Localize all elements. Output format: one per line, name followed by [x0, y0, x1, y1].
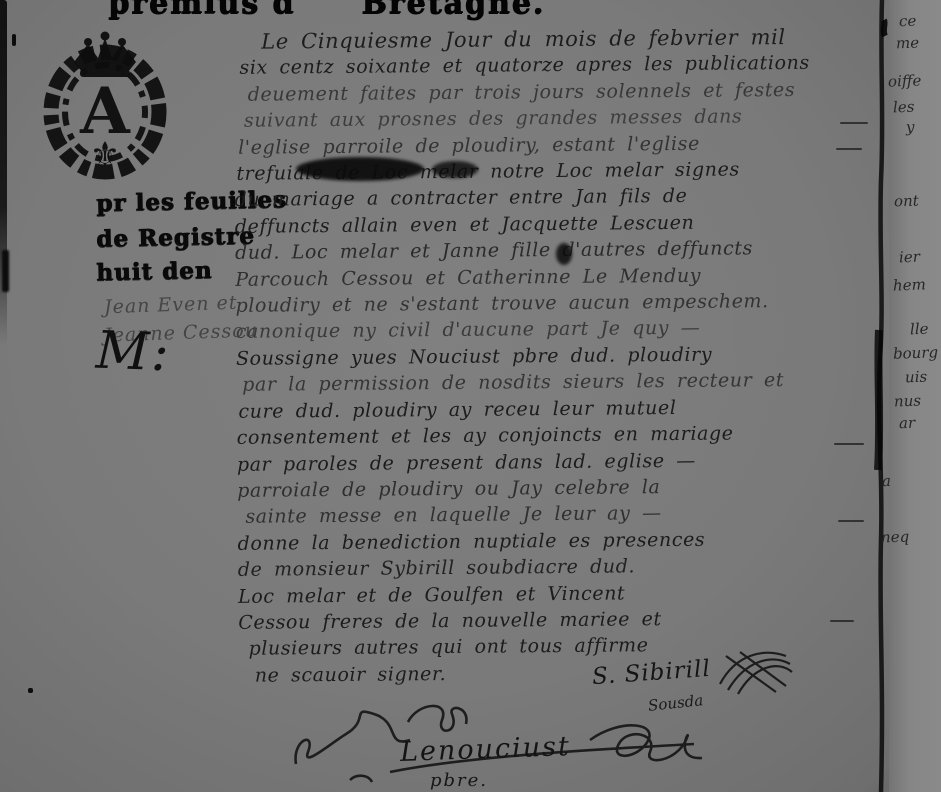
line-end-dash	[838, 520, 864, 522]
printed-header-word: premius d	[108, 0, 295, 21]
binding-fragment: ont	[894, 192, 919, 211]
binding-fragment: ier	[899, 248, 920, 267]
ink-blot	[556, 243, 572, 265]
tax-note-line: de Registre	[96, 222, 255, 252]
binding-fragment: neq	[881, 528, 910, 547]
binding-fragment: hem	[893, 275, 926, 294]
line-end-dash	[840, 122, 868, 124]
margin-names-line: Jean Even et	[104, 292, 238, 319]
scan-edge-left	[0, 0, 7, 345]
ink-blot	[432, 161, 478, 178]
register-page-scan: premius dBretagne. A ⚜ pr les feuilles d…	[0, 0, 941, 792]
tax-note-line: huit den	[96, 257, 213, 286]
binding-fragment: a	[882, 472, 892, 490]
binding-fragment: ar	[899, 414, 916, 433]
binding-fragment: lle	[910, 320, 929, 339]
binding-fragment: bourg	[893, 343, 939, 363]
scan-speck	[2, 250, 9, 292]
signature-nouciust: Lenouciust pbre.	[290, 700, 710, 792]
ink-blot	[296, 157, 424, 181]
binding-fragment: ce	[899, 12, 917, 31]
signature-nouciust-name: Lenouciust	[400, 731, 572, 768]
binding-fragment: uis	[905, 368, 928, 387]
scan-speck	[28, 688, 33, 693]
binding-fragment: y	[906, 118, 915, 136]
signature-nouciust-title: pbre.	[430, 770, 488, 791]
binding-fragment: les	[893, 98, 915, 117]
scan-speck	[12, 34, 16, 46]
printed-header-word: Bretagne.	[361, 0, 545, 21]
line-end-dash	[834, 443, 864, 445]
printed-header: premius dBretagne.	[108, 0, 668, 26]
royal-cipher-stamp-icon: A ⚜	[36, 28, 174, 180]
binding-fragment: nus	[894, 392, 922, 411]
line-end-dash	[836, 148, 862, 150]
signature-flourish-icon	[716, 646, 794, 702]
record-type-mark: M:	[95, 321, 172, 384]
line-end-dash	[830, 620, 854, 622]
binding-fragment: oiffe	[888, 71, 922, 90]
manuscript-body: Le Cinquiesme Jour du mois de febvrier m…	[233, 23, 887, 689]
svg-text:⚜: ⚜	[90, 135, 120, 175]
binding-fragment: me	[896, 34, 920, 53]
